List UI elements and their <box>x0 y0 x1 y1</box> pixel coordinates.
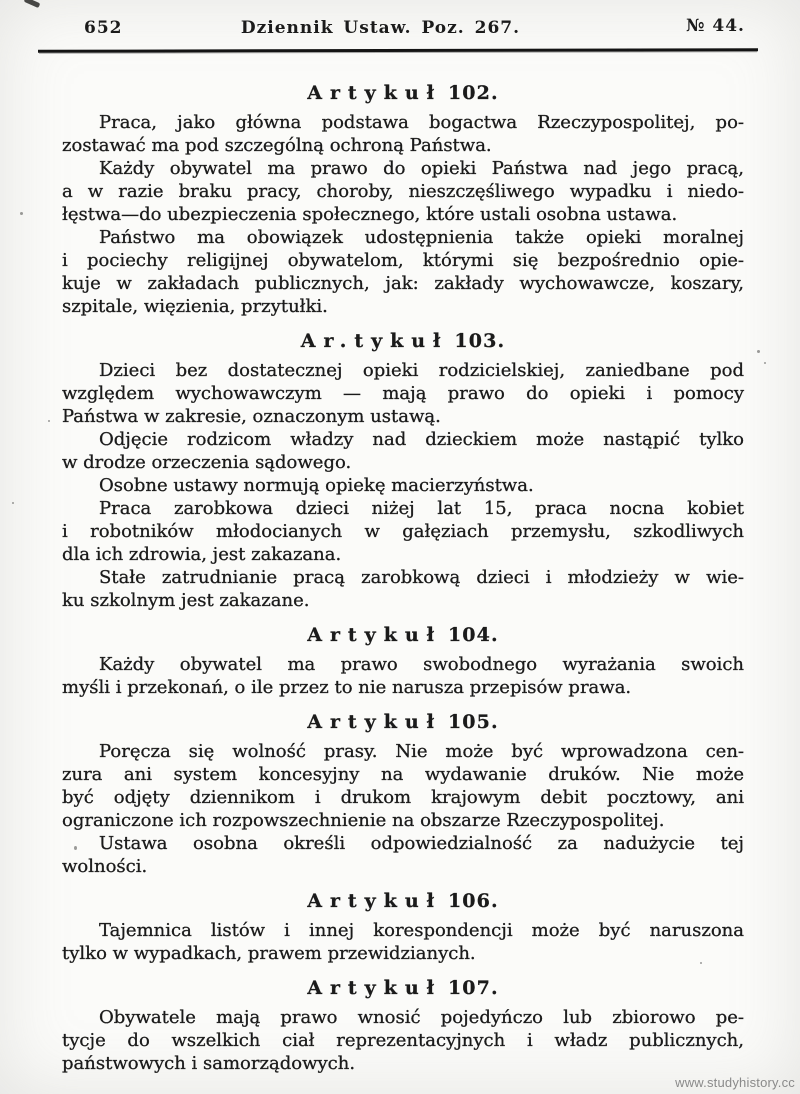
paragraph-line: Dzieci bez dostatecznej opieki rodziciel… <box>62 359 744 382</box>
paragraph-line: Każdy obywatel ma prawo swobodnego wyraż… <box>62 653 744 676</box>
scan-speckle <box>20 212 23 215</box>
paragraph-line: tycje do wszelkich ciał reprezentacyjnyc… <box>62 1029 744 1052</box>
paragraph-line: Praca zarobkowa dzieci niżej lat 15, pra… <box>62 497 744 520</box>
article: Artykuł104.Każdy obywatel ma prawo swobo… <box>62 624 744 699</box>
paragraph-line: Każdy obywatel ma prawo do opieki Państw… <box>62 157 744 180</box>
paragraph-line: Praca, jako główna podstawa bogactwa Rze… <box>62 111 744 134</box>
paragraph: Obywatele mają prawo wnosić pojedyńczo l… <box>62 1006 744 1075</box>
paragraph-line: kuje w zakładach publicznych, jak: zakła… <box>62 272 744 295</box>
scan-corner-mark <box>24 0 41 8</box>
article-heading: Artykuł106. <box>62 890 744 912</box>
article-heading-number: 107. <box>448 977 499 999</box>
paragraph-line: Odjęcie rodzicom władzy nad dzieckiem mo… <box>62 428 744 451</box>
header-rule <box>38 48 758 53</box>
paragraph: Każdy obywatel ma prawo swobodnego wyraż… <box>62 653 744 699</box>
paragraph-line: ograniczone ich rozpowszechnienie na obs… <box>62 809 744 832</box>
paragraph-line: łęstwa—do ubezpieczenia społecznego, któ… <box>62 203 744 226</box>
article-heading-number: 106. <box>448 890 499 912</box>
article-heading-word: Artykuł <box>307 82 442 104</box>
paragraph: Państwo ma obowiązek udostępnienia także… <box>62 226 744 318</box>
article-heading-number: 102. <box>448 82 499 104</box>
article-heading: Ar.tykuł103. <box>62 330 744 352</box>
article-heading: Artykuł104. <box>62 624 744 646</box>
paragraph-line: tylko w wypadkach, prawem przewidzianych… <box>62 942 744 965</box>
article-heading-number: 105. <box>448 711 499 733</box>
paragraph-line: Poręcza się wolność prasy. Nie może być … <box>62 740 744 763</box>
paragraph: Tajemnica listów i innej korespondencji … <box>62 919 744 965</box>
article-heading-number: 103. <box>454 330 505 352</box>
paragraph-line: wolności. <box>62 855 744 878</box>
articles-container: Artykuł102.Praca, jako główna podstawa b… <box>62 70 744 1075</box>
paragraph: Każdy obywatel ma prawo do opieki Państw… <box>62 157 744 226</box>
paragraph-line: Państwo ma obowiązek udostępnienia także… <box>62 226 744 249</box>
paragraph: Stałe zatrudnianie pracą zarobkową dziec… <box>62 566 744 612</box>
page-number: 652 <box>84 18 123 38</box>
article-heading-word: Artykuł <box>307 711 442 733</box>
paragraph-line: Tajemnica listów i innej korespondencji … <box>62 919 744 942</box>
paragraph-line: i pociechy religijnej obywatelom, którym… <box>62 249 744 272</box>
article-heading: Artykuł105. <box>62 711 744 733</box>
scan-speckle <box>757 350 760 353</box>
scan-speckle <box>764 362 766 364</box>
paragraph-line: być odjęty dziennikom i drukom krajowym … <box>62 786 744 809</box>
paragraph-line: Ustawa osobna określi odpowiedzialność z… <box>62 832 744 855</box>
article: Ar.tykuł103.Dzieci bez dostatecznej opie… <box>62 330 744 612</box>
page-header: 652 Dziennik Ustaw. Poz. 267. № 44. <box>0 16 800 42</box>
paragraph: Dzieci bez dostatecznej opieki rodziciel… <box>62 359 744 428</box>
paragraph-line: i robotników młodocianych w gałęziach pr… <box>62 520 744 543</box>
article: Artykuł107.Obywatele mają prawo wnosić p… <box>62 977 744 1075</box>
paragraph: Praca, jako główna podstawa bogactwa Rze… <box>62 111 744 157</box>
article-heading-number: 104. <box>448 624 499 646</box>
scanned-document-page: 652 Dziennik Ustaw. Poz. 267. № 44. Arty… <box>0 0 800 1094</box>
paragraph-line: ku szkolnym jest zakazane. <box>62 589 744 612</box>
scan-speckle <box>74 846 77 850</box>
paragraph: Poręcza się wolność prasy. Nie może być … <box>62 740 744 832</box>
article: Artykuł105.Poręcza się wolność prasy. Ni… <box>62 711 744 878</box>
paragraph-line: względem wychowawczym — mają prawo do op… <box>62 382 744 405</box>
article-heading-word: Artykuł <box>307 977 442 999</box>
paragraph-line: zura ani system koncesyjny na wydawanie … <box>62 763 744 786</box>
paragraph-line: Osobne ustawy normują opiekę macierzyńst… <box>62 474 744 497</box>
article-heading-word: Artykuł <box>307 890 442 912</box>
paragraph-line: państwowych i samorządowych. <box>62 1052 744 1075</box>
paragraph-line: Obywatele mają prawo wnosić pojedyńczo l… <box>62 1006 744 1029</box>
paragraph: Praca zarobkowa dzieci niżej lat 15, pra… <box>62 497 744 566</box>
article: Artykuł106.Tajemnica listów i innej kore… <box>62 890 744 965</box>
scan-speckle <box>12 502 14 504</box>
paragraph-line: szpitale, więzienia, przytułki. <box>62 295 744 318</box>
article-heading: Artykuł107. <box>62 977 744 999</box>
journal-title: Dziennik Ustaw. Poz. 267. <box>241 18 520 38</box>
paragraph-line: dla ich zdrowia, jest zakazana. <box>62 543 744 566</box>
paragraph-line: myśli i przekonań, o ile przez to nie na… <box>62 676 744 699</box>
paragraph-line: a w razie braku pracy, choroby, nieszczę… <box>62 180 744 203</box>
paragraph-line: Stałe zatrudnianie pracą zarobkową dziec… <box>62 566 744 589</box>
paragraph-line: Państwa w zakresie, oznaczonym ustawą. <box>62 405 744 428</box>
article-heading-word: Artykuł <box>307 624 442 646</box>
scan-speckle <box>700 962 702 964</box>
issue-number: № 44. <box>686 16 745 36</box>
paragraph-line: zostawać ma pod szczególną ochroną Państ… <box>62 134 744 157</box>
article-heading: Artykuł102. <box>62 82 744 104</box>
paragraph: Ustawa osobna określi odpowiedzialność z… <box>62 832 744 878</box>
paragraph: Osobne ustawy normują opiekę macierzyńst… <box>62 474 744 497</box>
article: Artykuł102.Praca, jako główna podstawa b… <box>62 82 744 318</box>
paragraph: Odjęcie rodzicom władzy nad dzieckiem mo… <box>62 428 744 474</box>
paragraph-line: w drodze orzeczenia sądowego. <box>62 451 744 474</box>
watermark-url: www.studyhistory.cc <box>675 1075 795 1090</box>
article-heading-word: Ar.tykuł <box>301 330 449 352</box>
scan-speckle <box>48 420 50 422</box>
